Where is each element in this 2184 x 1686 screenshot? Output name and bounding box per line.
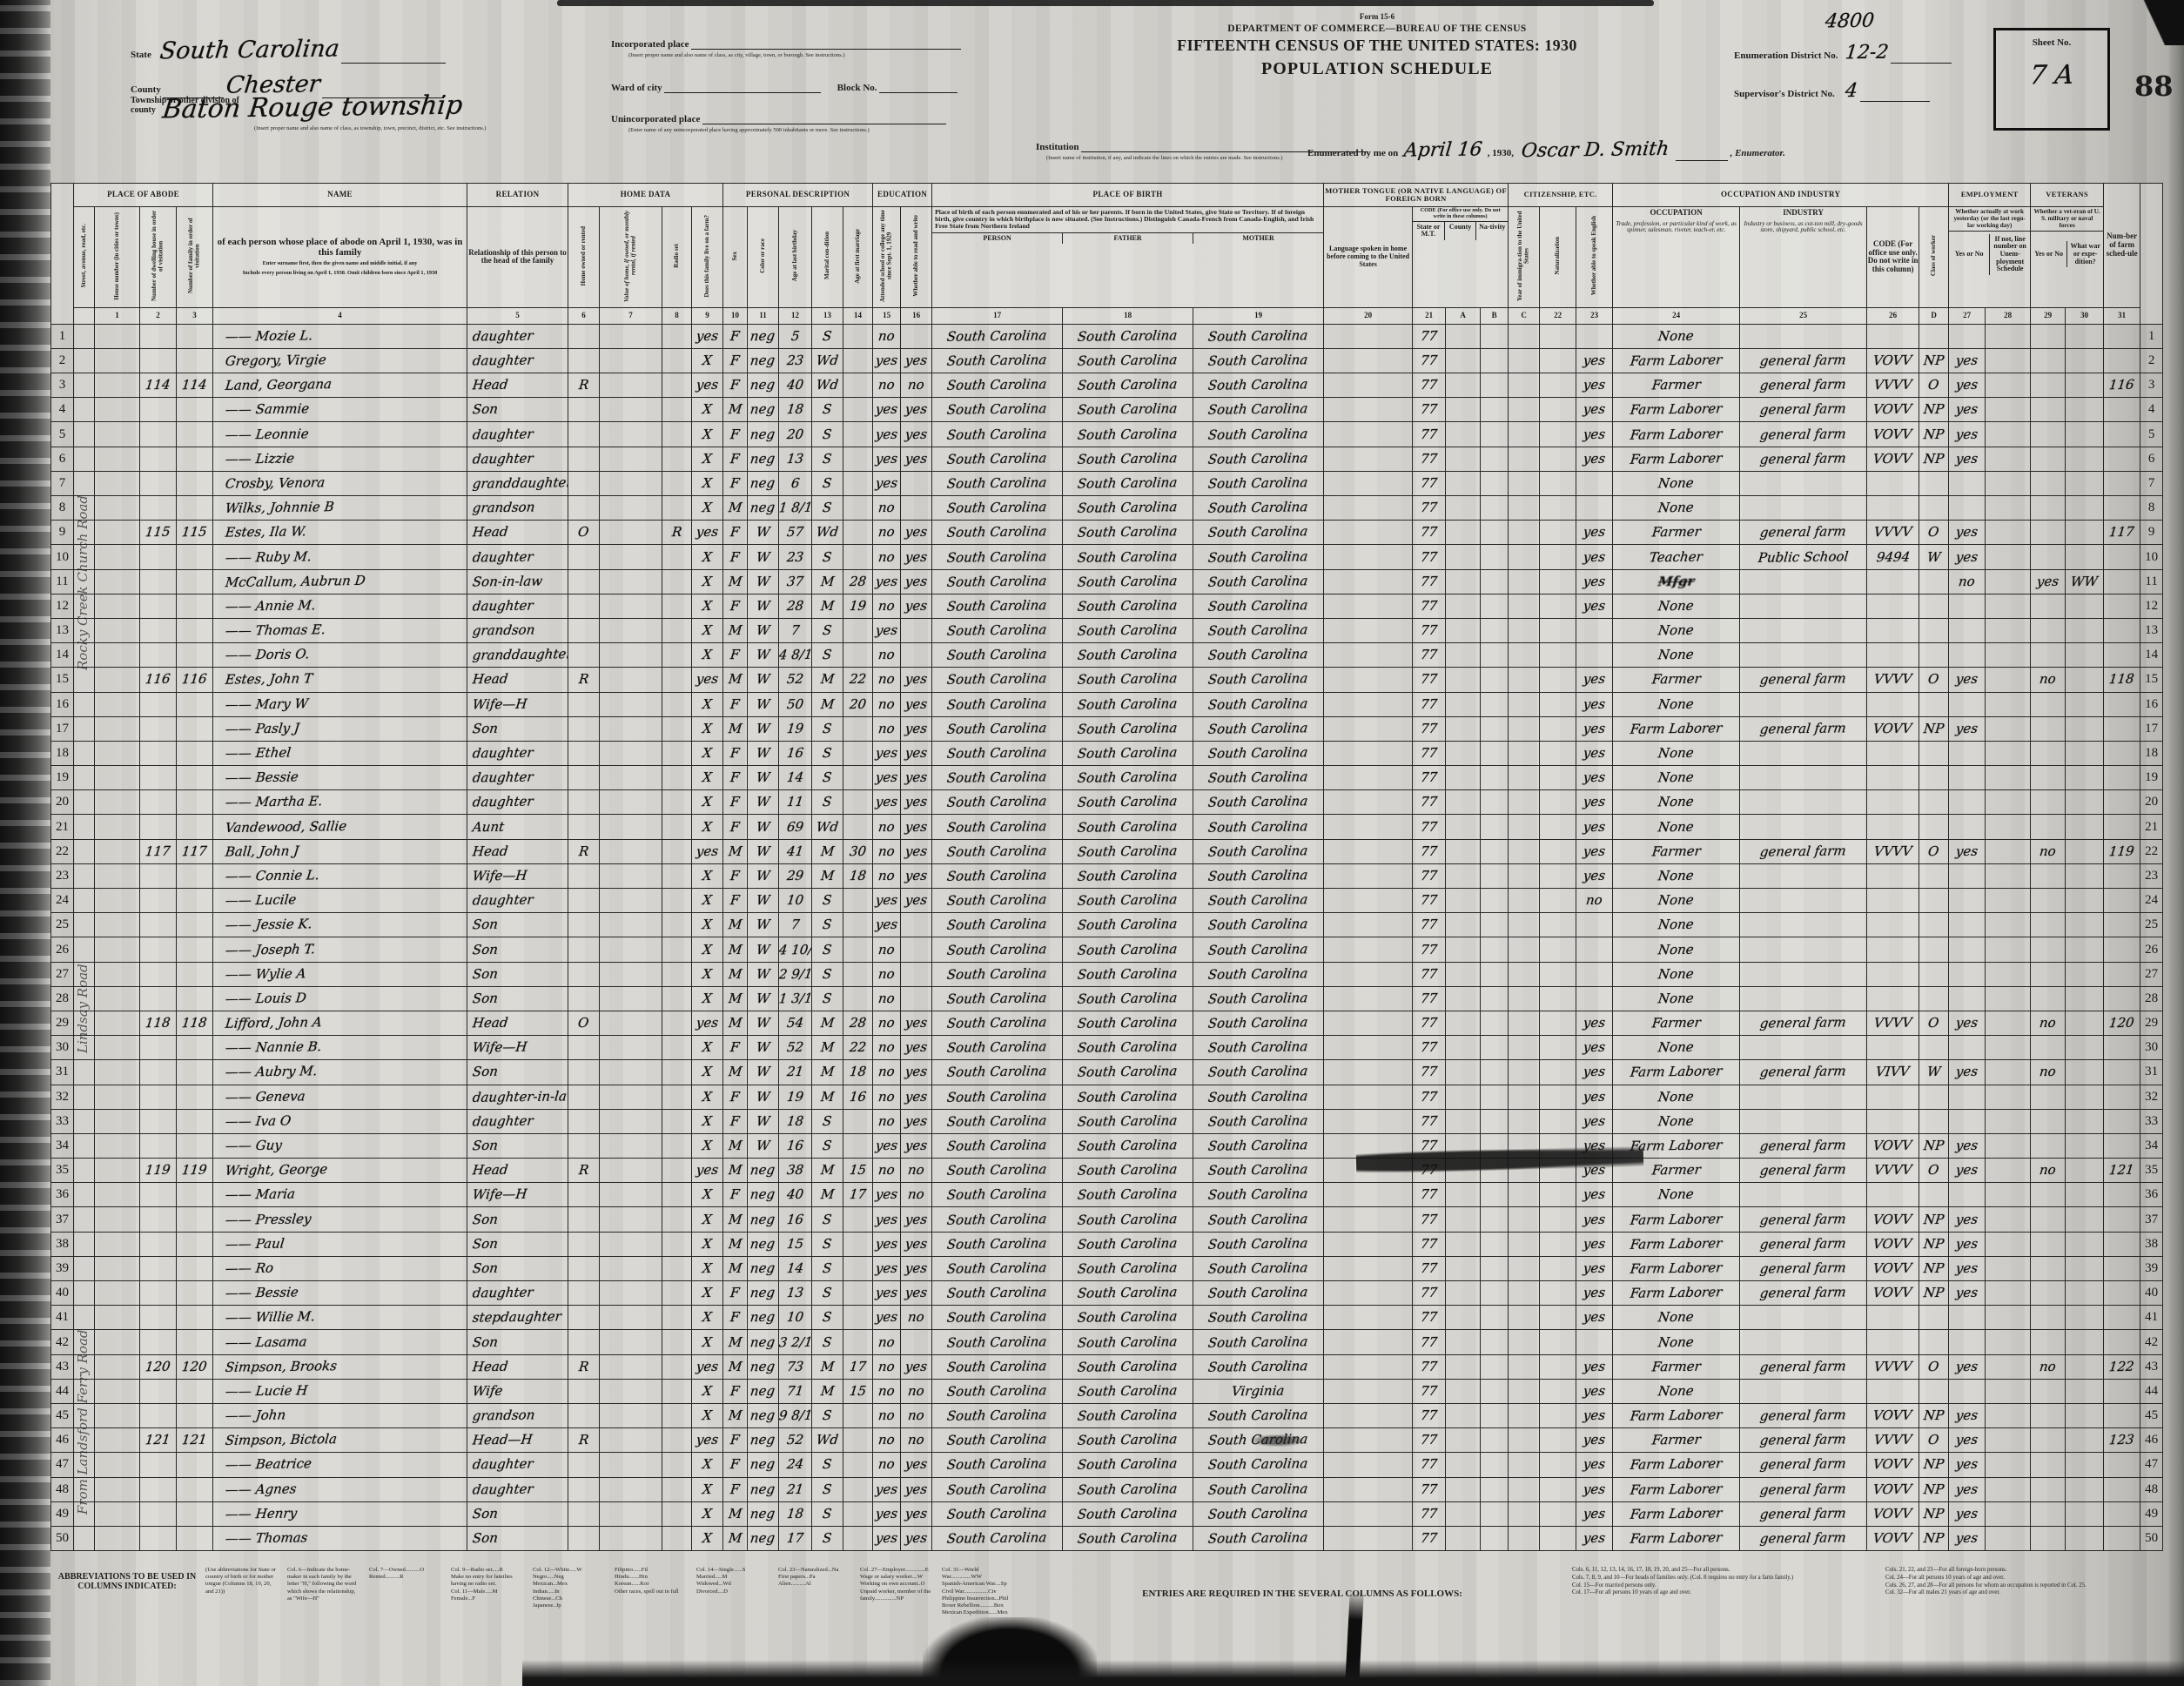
cell-marital: M xyxy=(812,1354,843,1379)
ink-smudge xyxy=(1252,1434,1304,1447)
cell-sex: F xyxy=(723,1036,748,1060)
cell-relation: Son xyxy=(467,1526,568,1550)
cell-code-b xyxy=(1446,1453,1481,1477)
cell-unemployment-line xyxy=(1986,1256,2031,1280)
line-number: 9 xyxy=(51,521,74,545)
cell-veteran xyxy=(2031,766,2066,790)
cell-relation: Head xyxy=(467,668,568,692)
cell-worked-yesterday xyxy=(1949,643,1986,668)
cell-house-number xyxy=(95,1036,140,1060)
cell-code-b xyxy=(1446,1109,1481,1133)
cell-lives-on-farm: X xyxy=(692,889,723,913)
cell-home-owned xyxy=(568,569,600,594)
cell-occupation: None xyxy=(1613,496,1740,521)
cell-birthplace-father: South Carolina xyxy=(1063,496,1193,521)
cell-code-c xyxy=(1481,1526,1509,1550)
cell-immigration-year xyxy=(1509,1036,1540,1060)
cell-farm-schedule: 117 xyxy=(2104,521,2140,545)
line-number: 4 xyxy=(51,398,74,422)
cell-speaks-english xyxy=(1576,986,1613,1011)
cell-veteran: no xyxy=(2031,1159,2066,1183)
cell-speaks-english: yes xyxy=(1576,815,1613,839)
cell-lives-on-farm: yes xyxy=(692,839,723,863)
cell-age: 23 xyxy=(779,545,812,569)
cell-age: 1 3/12 xyxy=(779,986,812,1011)
cell-immigration-year xyxy=(1509,1354,1540,1379)
cell-naturalization xyxy=(1540,668,1576,692)
street-name-note: Rocky Creek Church Road xyxy=(75,331,94,670)
cell-attended-school: no xyxy=(873,373,901,398)
cell-war xyxy=(2066,741,2104,765)
line-number: 32 xyxy=(2140,1085,2163,1109)
cell-home-value xyxy=(600,937,662,962)
cell-naturalization xyxy=(1540,1501,1576,1526)
group-name: NAME xyxy=(213,184,467,207)
cell-color-race: W xyxy=(748,889,779,913)
cell-veteran xyxy=(2031,521,2066,545)
cell-code-b xyxy=(1446,1330,1481,1354)
cell-read-write: no xyxy=(901,1379,932,1403)
cell-name: Land, Georgana xyxy=(213,373,467,398)
cell-birthplace-father: South Carolina xyxy=(1063,839,1193,863)
cell-age-first-marriage: 22 xyxy=(843,1036,873,1060)
cell-age-first-marriage xyxy=(843,1501,873,1526)
cell-occupation-code xyxy=(1867,569,1919,594)
line-number: 34 xyxy=(51,1133,74,1158)
cell-family-number xyxy=(177,1060,213,1085)
cell-relation: daughter xyxy=(467,1109,568,1133)
cell-birthplace-mother: South Carolina xyxy=(1193,471,1324,495)
cell-lives-on-farm: X xyxy=(692,1183,723,1207)
cell-home-value xyxy=(600,1133,662,1158)
cell-color-race: W xyxy=(748,937,779,962)
enum-district-label: Enumeration District No. xyxy=(1734,50,1838,61)
line-number: 10 xyxy=(2140,545,2163,569)
cell-home-value xyxy=(600,1036,662,1060)
cell-dwelling-number xyxy=(140,324,177,348)
table-row: 45—— JohngrandsonXMneg9 8/12SnonoSouth C… xyxy=(51,1403,2163,1427)
cell-occupation-code: VVVV xyxy=(1867,668,1919,692)
cell-naturalization xyxy=(1540,447,1576,471)
cell-language xyxy=(1324,569,1413,594)
cell-farm-schedule xyxy=(2104,447,2140,471)
cell-dwelling-number xyxy=(140,692,177,716)
cell-birthplace-mother: South Carolina xyxy=(1193,1330,1324,1354)
cell-code-c xyxy=(1481,398,1509,422)
cell-occupation-code xyxy=(1867,1085,1919,1109)
cell-sex: M xyxy=(723,1403,748,1427)
cell-sex: F xyxy=(723,1477,748,1501)
cell-worked-yesterday: yes xyxy=(1949,1354,1986,1379)
cell-marital: M xyxy=(812,1036,843,1060)
cell-worked-yesterday: yes xyxy=(1949,373,1986,398)
cell-immigration-year xyxy=(1509,1306,1540,1330)
cell-home-owned xyxy=(568,447,600,471)
cell-speaks-english xyxy=(1576,324,1613,348)
cell-code-b xyxy=(1446,1060,1481,1085)
cell-immigration-year xyxy=(1509,1403,1540,1427)
cell-relation: Son xyxy=(467,962,568,986)
cell-immigration-year xyxy=(1509,1183,1540,1207)
cell-age-first-marriage xyxy=(843,815,873,839)
cell-family-number xyxy=(177,1183,213,1207)
column-number: 13 xyxy=(812,307,843,324)
cell-sex: F xyxy=(723,324,748,348)
col-language: Language spoken in home before coming to… xyxy=(1324,207,1413,308)
cell-radio-set xyxy=(662,815,692,839)
cell-dwelling-number xyxy=(140,913,177,937)
enumerated-date: April 16 xyxy=(1402,138,1482,161)
cell-dwelling-number xyxy=(140,618,177,642)
cell-code-a: 77 xyxy=(1413,1501,1446,1526)
cell-birthplace-person: South Carolina xyxy=(932,1109,1063,1133)
cell-industry xyxy=(1740,324,1867,348)
cell-occupation-code xyxy=(1867,913,1919,937)
cell-naturalization xyxy=(1540,643,1576,668)
cell-house-number xyxy=(95,471,140,495)
table-row: 29118118Lifford, John AHeadOyesMW54M28no… xyxy=(51,1011,2163,1035)
legend-col: (Use abbreviations for State or country … xyxy=(205,1567,279,1617)
cell-veteran xyxy=(2031,1085,2066,1109)
column-number: 8 xyxy=(662,307,692,324)
cell-worked-yesterday xyxy=(1949,1379,1986,1403)
cell-code-c xyxy=(1481,1256,1509,1280)
cell-age: 71 xyxy=(779,1379,812,1403)
cell-sex: M xyxy=(723,668,748,692)
cell-birthplace-father: South Carolina xyxy=(1063,1207,1193,1232)
cell-home-value xyxy=(600,692,662,716)
cell-speaks-english: yes xyxy=(1576,422,1613,447)
cell-marital: S xyxy=(812,716,843,741)
cell-immigration-year xyxy=(1509,839,1540,863)
cell-class-of-worker: NP xyxy=(1919,1207,1949,1232)
cell-unemployment-line xyxy=(1986,1109,2031,1133)
group-relation: RELATION xyxy=(467,184,568,207)
cell-code-c xyxy=(1481,1207,1509,1232)
cell-code-b xyxy=(1446,986,1481,1011)
line-number: 5 xyxy=(2140,422,2163,447)
cell-lives-on-farm: X xyxy=(692,986,723,1011)
cell-color-race: neg xyxy=(748,1428,779,1453)
cell-unemployment-line xyxy=(1986,1354,2031,1379)
cell-class-of-worker xyxy=(1919,1330,1949,1354)
street-name-note: Lindsay Road xyxy=(75,722,94,1053)
cell-house-number xyxy=(95,1281,140,1306)
cell-read-write: no xyxy=(901,373,932,398)
ward-field: Ward of city Block No. xyxy=(611,80,958,93)
cell-marital: S xyxy=(812,766,843,790)
line-number: 17 xyxy=(2140,716,2163,741)
cell-veteran xyxy=(2031,863,2066,888)
cell-farm-schedule xyxy=(2104,790,2140,815)
cell-attended-school: no xyxy=(873,1036,901,1060)
cell-war xyxy=(2066,1281,2104,1306)
cell-marital: S xyxy=(812,986,843,1011)
cell-class-of-worker xyxy=(1919,1306,1949,1330)
cell-speaks-english: yes xyxy=(1576,521,1613,545)
cell-occupation-code xyxy=(1867,815,1919,839)
cell-age-first-marriage xyxy=(843,1453,873,1477)
cell-occupation: None xyxy=(1613,962,1740,986)
col-relation: Relationship of this person to the head … xyxy=(467,207,568,308)
cell-age-first-marriage xyxy=(843,545,873,569)
cell-age-first-marriage xyxy=(843,348,873,373)
cell-home-owned xyxy=(568,986,600,1011)
cell-naturalization xyxy=(1540,618,1576,642)
cell-lives-on-farm: X xyxy=(692,1060,723,1085)
cell-home-owned xyxy=(568,1133,600,1158)
cell-code-a: 77 xyxy=(1413,986,1446,1011)
cell-lives-on-farm: X xyxy=(692,447,723,471)
cell-home-value xyxy=(600,1060,662,1085)
cell-lives-on-farm: X xyxy=(692,569,723,594)
cell-naturalization xyxy=(1540,1428,1576,1453)
cell-worked-yesterday xyxy=(1949,594,1986,618)
cell-farm-schedule: 123 xyxy=(2104,1428,2140,1453)
table-row: 12—— Annie M.daughterXFW28M19noyesSouth … xyxy=(51,594,2163,618)
cell-home-owned xyxy=(568,913,600,937)
cell-birthplace-father: South Carolina xyxy=(1063,1133,1193,1158)
cell-color-race: W xyxy=(748,962,779,986)
cell-birthplace-person: South Carolina xyxy=(932,1526,1063,1550)
cell-immigration-year xyxy=(1509,1501,1540,1526)
line-number: 9 xyxy=(2140,521,2163,545)
cell-birthplace-mother: South Carolina xyxy=(1193,716,1324,741)
cell-birthplace-person: South Carolina xyxy=(932,1477,1063,1501)
cell-worked-yesterday: yes xyxy=(1949,1453,1986,1477)
cell-immigration-year xyxy=(1509,1379,1540,1403)
cell-age: 18 xyxy=(779,1501,812,1526)
cell-code-a: 77 xyxy=(1413,1281,1446,1306)
table-row: 23—— Connie L.Wife—HXFW29M18noyesSouth C… xyxy=(51,863,2163,888)
cell-code-c xyxy=(1481,1501,1509,1526)
cell-marital: S xyxy=(812,1526,843,1550)
cell-language xyxy=(1324,643,1413,668)
cell-industry xyxy=(1740,1306,1867,1330)
cell-radio-set xyxy=(662,471,692,495)
cell-naturalization xyxy=(1540,839,1576,863)
cell-industry xyxy=(1740,618,1867,642)
cell-speaks-english xyxy=(1576,471,1613,495)
cell-house-number xyxy=(95,1256,140,1280)
cell-code-c xyxy=(1481,716,1509,741)
cell-veteran xyxy=(2031,1256,2066,1280)
cell-birthplace-father: South Carolina xyxy=(1063,1306,1193,1330)
cell-read-write: yes xyxy=(901,790,932,815)
cell-radio-set xyxy=(662,618,692,642)
cell-immigration-year xyxy=(1509,668,1540,692)
cell-marital: S xyxy=(812,1403,843,1427)
cell-worked-yesterday: yes xyxy=(1949,1403,1986,1427)
cell-name: —— Thomas E. xyxy=(213,618,467,642)
cell-naturalization xyxy=(1540,373,1576,398)
cell-industry: general farm xyxy=(1740,716,1867,741)
line-number: 44 xyxy=(51,1379,74,1403)
cell-class-of-worker xyxy=(1919,1109,1949,1133)
cell-naturalization xyxy=(1540,1526,1576,1550)
cell-code-b xyxy=(1446,643,1481,668)
cell-language xyxy=(1324,496,1413,521)
cell-dwelling-number xyxy=(140,986,177,1011)
street-cell xyxy=(74,1060,95,1085)
cell-lives-on-farm: X xyxy=(692,496,723,521)
cell-attended-school: yes xyxy=(873,398,901,422)
cell-industry: general farm xyxy=(1740,1011,1867,1035)
cell-veteran xyxy=(2031,471,2066,495)
cell-code-a: 77 xyxy=(1413,373,1446,398)
cell-birthplace-mother: South Carolina xyxy=(1193,1183,1324,1207)
cell-code-b xyxy=(1446,594,1481,618)
cell-war xyxy=(2066,447,2104,471)
cell-home-owned: R xyxy=(568,1354,600,1379)
cell-code-b xyxy=(1446,1477,1481,1501)
cell-industry: general farm xyxy=(1740,1477,1867,1501)
cell-age-first-marriage xyxy=(843,373,873,398)
cell-home-owned xyxy=(568,545,600,569)
cell-class-of-worker xyxy=(1919,643,1949,668)
cell-age: 50 xyxy=(779,692,812,716)
cell-age: 29 xyxy=(779,863,812,888)
line-number: 41 xyxy=(2140,1306,2163,1330)
cell-war xyxy=(2066,1159,2104,1183)
cell-war xyxy=(2066,521,2104,545)
cell-lives-on-farm: X xyxy=(692,1085,723,1109)
cell-house-number xyxy=(95,545,140,569)
cell-occupation: None xyxy=(1613,1330,1740,1354)
cell-birthplace-mother: South Carolina xyxy=(1193,422,1324,447)
cell-read-write: yes xyxy=(901,1477,932,1501)
cell-worked-yesterday xyxy=(1949,1330,1986,1354)
cell-home-value xyxy=(600,1526,662,1550)
line-number: 15 xyxy=(2140,668,2163,692)
cell-war xyxy=(2066,692,2104,716)
cell-veteran xyxy=(2031,1453,2066,1477)
cell-family-number xyxy=(177,1207,213,1232)
cell-dwelling-number xyxy=(140,643,177,668)
cell-occupation-code: VVVV xyxy=(1867,521,1919,545)
cell-birthplace-person: South Carolina xyxy=(932,790,1063,815)
cell-marital: S xyxy=(812,1281,843,1306)
col-home-owned: Home owned or rented xyxy=(568,207,600,308)
line-number: 49 xyxy=(2140,1501,2163,1526)
cell-occupation: Farm Laborer xyxy=(1613,1403,1740,1427)
col-age: Age at last birthday xyxy=(779,207,812,308)
legend-col: Col. 7—Owned..........O Rented..........… xyxy=(369,1567,442,1617)
line-number: 43 xyxy=(51,1354,74,1379)
cell-radio-set xyxy=(662,1306,692,1330)
col-color-race: Color or race xyxy=(748,207,779,308)
table-row: 39—— RoSonXMneg14SyesyesSouth CarolinaSo… xyxy=(51,1256,2163,1280)
cell-unemployment-line xyxy=(1986,1428,2031,1453)
cell-attended-school: yes xyxy=(873,766,901,790)
cell-code-c xyxy=(1481,1060,1509,1085)
cell-house-number xyxy=(95,668,140,692)
cell-age: 14 xyxy=(779,1256,812,1280)
cell-house-number xyxy=(95,1085,140,1109)
cell-naturalization xyxy=(1540,1109,1576,1133)
cell-sex: M xyxy=(723,1232,748,1256)
table-row: 33—— Iva OdaughterXFW18SnoyesSouth Carol… xyxy=(51,1109,2163,1133)
cell-language xyxy=(1324,521,1413,545)
cell-attended-school: yes xyxy=(873,741,901,765)
table-row: 40—— BessiedaughterXFneg13SyesyesSouth C… xyxy=(51,1281,2163,1306)
cell-relation: Head—H xyxy=(467,1428,568,1453)
column-number: 24 xyxy=(1613,307,1740,324)
cell-birthplace-person: South Carolina xyxy=(932,1330,1063,1354)
cell-class-of-worker xyxy=(1919,962,1949,986)
cell-age: 17 xyxy=(779,1526,812,1550)
cell-immigration-year xyxy=(1509,422,1540,447)
cell-code-b xyxy=(1446,766,1481,790)
cell-marital: S xyxy=(812,545,843,569)
cell-lives-on-farm: X xyxy=(692,1526,723,1550)
line-number: 31 xyxy=(2140,1060,2163,1085)
cell-birthplace-mother: South Carolina xyxy=(1193,962,1324,986)
cell-home-owned: R xyxy=(568,839,600,863)
cell-home-owned xyxy=(568,692,600,716)
cell-code-a: 77 xyxy=(1413,937,1446,962)
cell-immigration-year xyxy=(1509,766,1540,790)
cell-occupation-code: VVVV xyxy=(1867,1011,1919,1035)
cell-name: —— Annie M. xyxy=(213,594,467,618)
cell-veteran xyxy=(2031,1133,2066,1158)
cell-veteran xyxy=(2031,790,2066,815)
line-number-col-right xyxy=(2140,184,2163,325)
line-number: 28 xyxy=(51,986,74,1011)
cell-read-write: no xyxy=(901,1306,932,1330)
cell-color-race: W xyxy=(748,1060,779,1085)
cell-unemployment-line xyxy=(1986,1403,2031,1427)
township-caption: (Insert proper name and also name of cla… xyxy=(254,125,620,131)
cell-radio-set xyxy=(662,1379,692,1403)
col-marital: Marital con-dition xyxy=(812,207,843,308)
cell-family-number: 120 xyxy=(177,1354,213,1379)
cell-relation: Wife xyxy=(467,1379,568,1403)
cell-class-of-worker xyxy=(1919,471,1949,495)
cell-marital: M xyxy=(812,1159,843,1183)
cell-birthplace-mother: South Carolina xyxy=(1193,643,1324,668)
cell-house-number xyxy=(95,1183,140,1207)
cell-age: 16 xyxy=(779,1207,812,1232)
cell-family-number xyxy=(177,496,213,521)
cell-code-b xyxy=(1446,1232,1481,1256)
enumerated-by-field: Enumerated by me on April 16 , 1930, Osc… xyxy=(1307,139,1785,161)
cell-home-value xyxy=(600,348,662,373)
cell-code-a: 77 xyxy=(1413,618,1446,642)
cell-sex: M xyxy=(723,1060,748,1085)
cell-relation: daughter xyxy=(467,889,568,913)
cell-farm-schedule xyxy=(2104,815,2140,839)
line-number: 6 xyxy=(2140,447,2163,471)
cell-veteran xyxy=(2031,962,2066,986)
cell-relation: Son xyxy=(467,937,568,962)
cell-birthplace-mother: South Carolina xyxy=(1193,1526,1324,1550)
cell-naturalization xyxy=(1540,1085,1576,1109)
cell-code-a: 77 xyxy=(1413,1306,1446,1330)
cell-birthplace-person: South Carolina xyxy=(932,496,1063,521)
cell-war xyxy=(2066,1379,2104,1403)
cell-house-number xyxy=(95,348,140,373)
cell-age-first-marriage xyxy=(843,1403,873,1427)
cell-radio-set xyxy=(662,496,692,521)
cell-code-c xyxy=(1481,594,1509,618)
page-stamp: 88 xyxy=(2134,70,2174,103)
cell-birthplace-mother: South Carolina xyxy=(1193,496,1324,521)
cell-home-owned xyxy=(568,1477,600,1501)
cell-veteran: no xyxy=(2031,668,2066,692)
cell-occupation-code: VOVV xyxy=(1867,1232,1919,1256)
cell-read-write: yes xyxy=(901,1060,932,1085)
